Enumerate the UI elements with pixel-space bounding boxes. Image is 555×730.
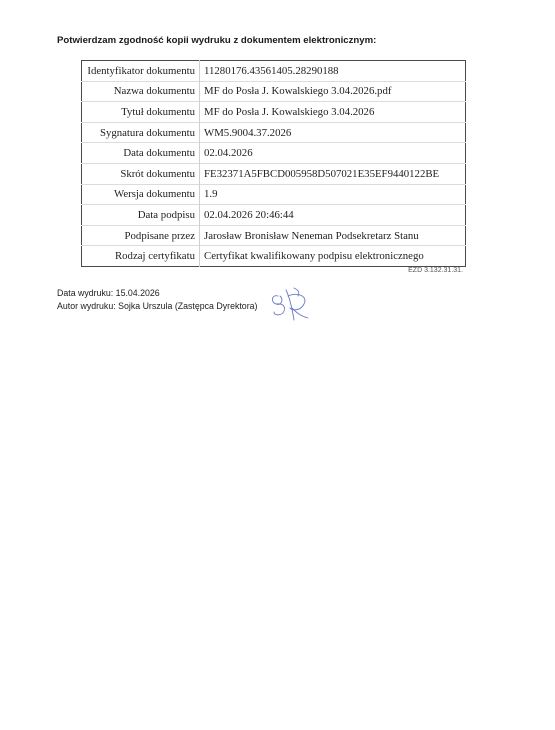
table-row: Sygnatura dokumentuWM5.9004.37.2026	[82, 122, 466, 143]
row-value: Certyfikat kwalifikowany podpisu elektro…	[200, 246, 466, 267]
ezd-version: EZD 3.132.31.31.	[408, 267, 463, 274]
table-row: Data dokumentu02.04.2026	[82, 143, 466, 164]
table-row: Wersja dokumentu1.9	[82, 184, 466, 205]
table-row: Podpisane przezJarosław Bronisław Nenema…	[82, 225, 466, 246]
table-row: Rodzaj certyfikatuCertyfikat kwalifikowa…	[82, 246, 466, 267]
table-row: Identyfikator dokumentu11280176.43561405…	[82, 61, 466, 82]
row-label: Skrót dokumentu	[82, 163, 200, 184]
table-row: Data podpisu02.04.2026 20:46:44	[82, 205, 466, 226]
row-value: 02.04.2026	[200, 143, 466, 164]
row-value: 11280176.43561405.28290188	[200, 61, 466, 82]
table-row: Nazwa dokumentuMF do Posła J. Kowalskieg…	[82, 81, 466, 102]
row-value: MF do Posła J. Kowalskiego 3.04.2026.pdf	[200, 81, 466, 102]
row-label: Nazwa dokumentu	[82, 81, 200, 102]
row-label: Wersja dokumentu	[82, 184, 200, 205]
row-label: Data podpisu	[82, 205, 200, 226]
row-label: Identyfikator dokumentu	[82, 61, 200, 82]
print-footer: Data wydruku: 15.04.2026 Autor wydruku: …	[57, 287, 257, 313]
row-value: 1.9	[200, 184, 466, 205]
row-value: 02.04.2026 20:46:44	[200, 205, 466, 226]
print-date: Data wydruku: 15.04.2026	[57, 287, 257, 300]
table-row: Skrót dokumentuFE32371A5FBCD005958D50702…	[82, 163, 466, 184]
row-label: Tytuł dokumentu	[82, 102, 200, 123]
row-label: Sygnatura dokumentu	[82, 122, 200, 143]
row-label: Data dokumentu	[82, 143, 200, 164]
row-label: Podpisane przez	[82, 225, 200, 246]
table-row: Tytuł dokumentuMF do Posła J. Kowalskieg…	[82, 102, 466, 123]
handwritten-signature-icon	[268, 286, 312, 324]
row-label: Rodzaj certyfikatu	[82, 246, 200, 267]
document-metadata-table: Identyfikator dokumentu11280176.43561405…	[81, 60, 466, 267]
confirmation-heading: Potwierdzam zgodność kopii wydruku z dok…	[57, 35, 376, 46]
print-author: Autor wydruku: Sojka Urszula (Zastępca D…	[57, 300, 257, 313]
row-value: FE32371A5FBCD005958D507021E35EF9440122BE	[200, 163, 466, 184]
row-value: MF do Posła J. Kowalskiego 3.04.2026	[200, 102, 466, 123]
row-value: Jarosław Bronisław Neneman Podsekretarz …	[200, 225, 466, 246]
row-value: WM5.9004.37.2026	[200, 122, 466, 143]
